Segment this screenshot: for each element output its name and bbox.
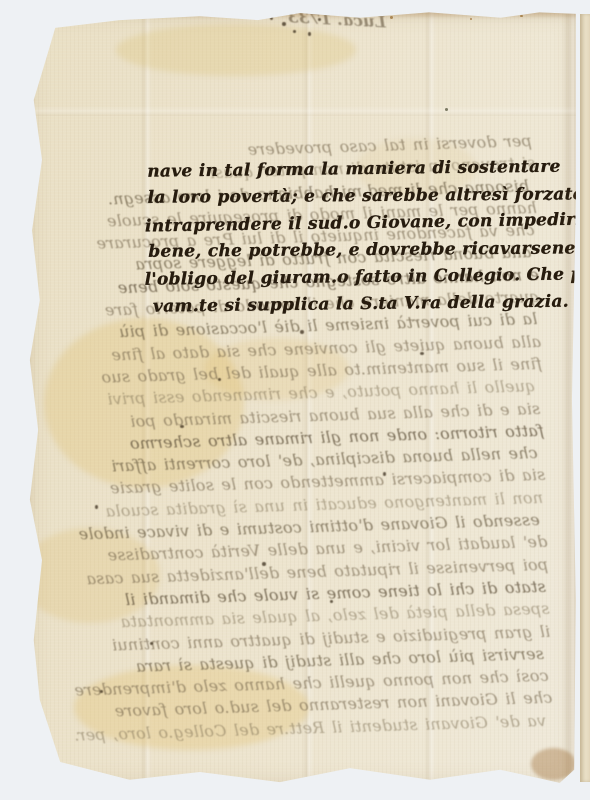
vertical-fold-crease (302, 10, 314, 786)
stain (20, 528, 160, 623)
top-edge-discoloration (26, 10, 578, 19)
ghost-line: alla buona quiete gli conviene che sia d… (25, 331, 541, 369)
ghost-line: fatto ritorno: onde non gli rimane altro… (28, 420, 544, 458)
rust-speck (520, 15, 523, 17)
rust-speck (390, 16, 393, 19)
vertical-fold-crease (424, 10, 436, 786)
ghost-line: che nella buona disciplina, de' loro cor… (28, 442, 537, 480)
laid-paper-texture (26, 10, 578, 786)
manuscript-page: Luca. 1733 per doversi in tal caso prove… (26, 10, 578, 786)
ghost-line: va de' Giovani studenti il Rett.re del C… (37, 710, 546, 748)
ink-blot (300, 330, 304, 334)
ink-blot (270, 16, 273, 20)
ghost-line: non li mantengono educati in una sì grad… (30, 487, 543, 525)
ghost-line: il gran pregiudizio e studij di quattro … (34, 620, 550, 658)
rust-speck (470, 18, 472, 20)
ghost-line: essendo il Giovane d'ottimi costumi e di… (31, 509, 540, 547)
vertical-fold-crease (140, 10, 152, 786)
edge-shading (26, 10, 578, 786)
handwritten-letter-text: nave in tal forma la maniera di sostenta… (147, 153, 585, 320)
ink-blot (420, 352, 424, 355)
ghost-line: che li Giovani non resteranno del sud.o … (36, 687, 552, 725)
ink-blot (330, 600, 333, 603)
ghost-line: poi pervenisse il riputato bene dell'anz… (32, 553, 548, 591)
ink-blot (262, 562, 266, 566)
ink-speck (445, 108, 448, 111)
ghost-line: stato di chi lo tiene come si vuole che … (33, 576, 546, 614)
ink-blot (218, 378, 221, 381)
ink-blot (308, 32, 311, 36)
ink-blot (180, 425, 184, 428)
stain (204, 338, 349, 400)
ghost-line: così che non ponno quelli che hanno zelo… (35, 665, 548, 703)
ghost-line: fine il suo mantenim.to alle quali del b… (26, 353, 542, 391)
ink-blot (282, 22, 286, 26)
ghost-line: spesa della pietà del zelo, al quale sia… (33, 598, 549, 636)
ghost-line: sia e di che alla sua buona riescita mir… (27, 398, 540, 436)
ink-blot (95, 505, 98, 509)
ghost-line: servirsi più loro che alli studij di que… (35, 643, 544, 681)
horizontal-fold-crease (26, 106, 578, 116)
handwritten-line: vam.te si supplica la S.ta V.ra della gr… (153, 288, 589, 320)
ghost-docket-text: Luca. 1733 (216, 4, 387, 32)
ghost-line: de' laudati lor vicini, e una delle Veri… (31, 531, 547, 569)
corner-stain (531, 748, 576, 780)
ink-blot (100, 690, 103, 693)
ghost-line: sia di compiacersi ammettendo con le sol… (29, 464, 545, 502)
ink-blot (318, 18, 321, 21)
rust-speck (86, 18, 89, 21)
vertical-fold-crease (562, 10, 578, 786)
stain (44, 318, 244, 488)
ghost-line: quello li hanno potuto, e che rimanendo … (26, 375, 535, 413)
scan-background: Luca. 1733 per doversi in tal caso prove… (0, 0, 590, 800)
rust-speck (160, 14, 163, 16)
underlying-sheet-edge (580, 14, 590, 782)
rust-speck (230, 16, 232, 18)
stain (74, 665, 309, 750)
ink-blot (150, 642, 153, 645)
stain (116, 24, 356, 76)
ink-blot (293, 30, 296, 33)
ink-blot (383, 472, 386, 476)
